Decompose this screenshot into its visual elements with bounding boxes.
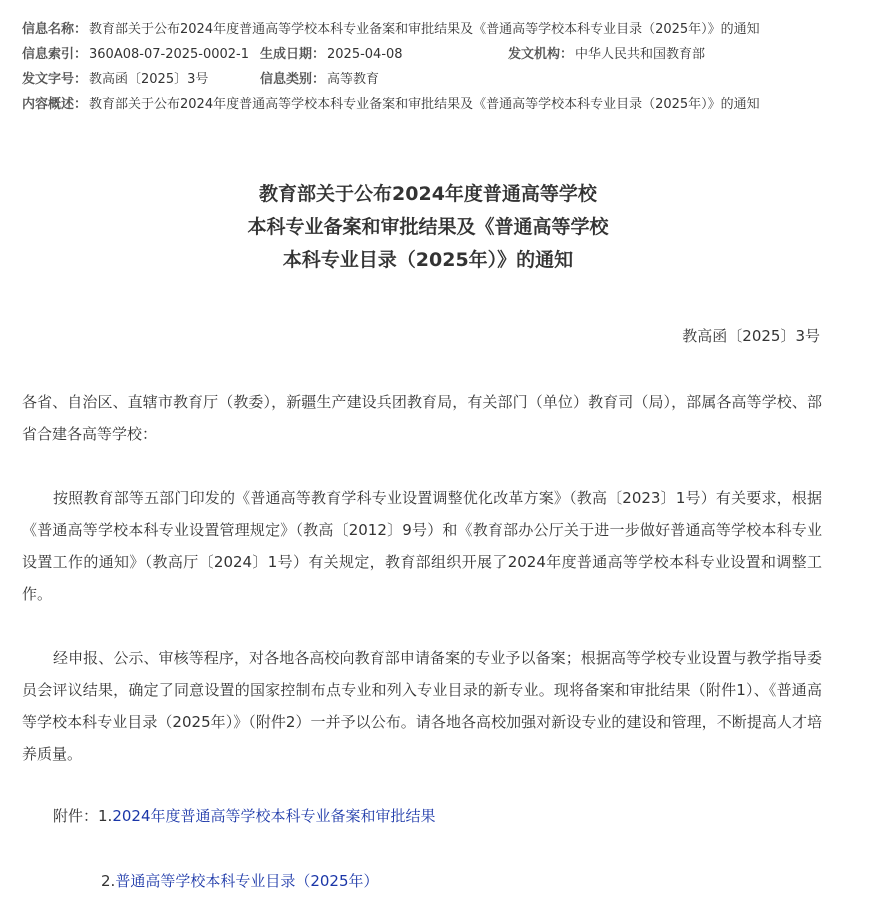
attachment-number: 1.	[98, 807, 112, 825]
meta-row-name: 信息名称： 教育部关于公布2024年度普通高等学校本科专业备案和审批结果及《普通…	[22, 17, 862, 42]
meta-name-value: 教育部关于公布2024年度普通高等学校本科专业备案和审批结果及《普通高等学校本科…	[89, 17, 760, 42]
meta-summary-label: 内容概述：	[22, 92, 87, 117]
meta-index-value: 360A08-07-2025-0002-1	[89, 42, 249, 67]
meta-summary-value: 教育部关于公布2024年度普通高等学校本科专业备案和审批结果及《普通高等学校本科…	[89, 92, 760, 117]
meta-org-value: 中华人民共和国教育部	[575, 42, 705, 67]
body-paragraph: 经申报、公示、审核等程序，对各地各高校向教育部申请备案的专业予以备案；根据高等学…	[22, 642, 822, 770]
meta-category-cell: 信息类别： 高等教育	[260, 67, 508, 92]
meta-docno-value: 教高函〔2025〕3号	[89, 67, 208, 92]
meta-category-value: 高等教育	[327, 67, 379, 92]
meta-name-label: 信息名称：	[22, 17, 87, 42]
document-number: 教高函〔2025〕3号	[682, 325, 820, 346]
meta-docno-cell: 发文字号： 教高函〔2025〕3号	[22, 67, 260, 92]
meta-date-cell: 生成日期： 2025-04-08	[260, 42, 508, 67]
meta-category-label: 信息类别：	[260, 67, 325, 92]
attachment-link-1[interactable]: 2024年度普通高等学校本科专业备案和审批结果	[112, 807, 435, 825]
document-title: 教育部关于公布2024年度普通高等学校 本科专业备案和审批结果及《普通高等学校 …	[0, 178, 856, 277]
attachment-number: 2.	[101, 872, 115, 890]
document-metadata: 信息名称： 教育部关于公布2024年度普通高等学校本科专业备案和审批结果及《普通…	[22, 17, 862, 117]
meta-row-index: 信息索引： 360A08-07-2025-0002-1 生成日期： 2025-0…	[22, 42, 862, 67]
meta-date-label: 生成日期：	[260, 42, 325, 67]
attachment-item-2: 2.普通高等学校本科专业目录（2025年）	[101, 869, 379, 893]
meta-index-cell: 信息索引： 360A08-07-2025-0002-1	[22, 42, 260, 67]
attachment-link-2[interactable]: 普通高等学校本科专业目录（2025年）	[115, 872, 378, 890]
salutation: 各省、自治区、直辖市教育厅（教委），新疆生产建设兵团教育局，有关部门（单位）教育…	[22, 386, 822, 450]
meta-org-label: 发文机构：	[508, 42, 573, 67]
meta-date-value: 2025-04-08	[327, 42, 403, 67]
title-line: 教育部关于公布2024年度普通高等学校	[0, 178, 856, 211]
attachments-label: 附件：	[53, 807, 98, 825]
title-line: 本科专业备案和审批结果及《普通高等学校	[0, 211, 856, 244]
meta-row-summary: 内容概述： 教育部关于公布2024年度普通高等学校本科专业备案和审批结果及《普通…	[22, 92, 862, 117]
meta-row-docno: 发文字号： 教高函〔2025〕3号 信息类别： 高等教育	[22, 67, 862, 92]
title-line: 本科专业目录（2025年）》的通知	[0, 244, 856, 277]
meta-docno-label: 发文字号：	[22, 67, 87, 92]
body-paragraph: 按照教育部等五部门印发的《普通高等教育学科专业设置调整优化改革方案》（教高〔20…	[22, 482, 822, 610]
meta-org-cell: 发文机构： 中华人民共和国教育部	[508, 42, 705, 67]
meta-index-label: 信息索引：	[22, 42, 87, 67]
attachment-item-1: 附件：1.2024年度普通高等学校本科专业备案和审批结果	[53, 804, 436, 828]
